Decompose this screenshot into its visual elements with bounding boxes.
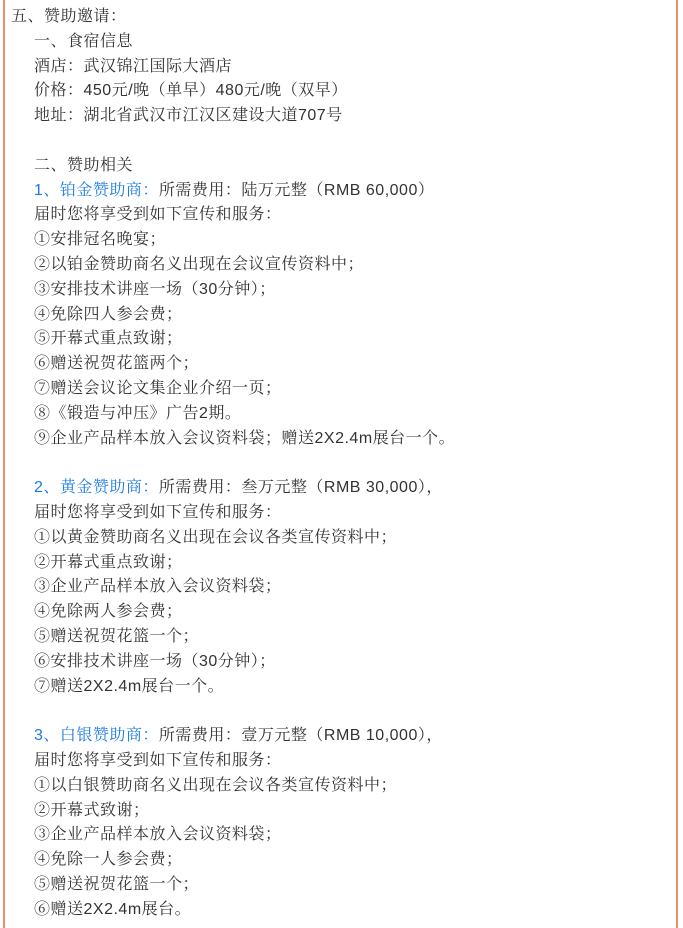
benefit-item: ⑥赠送祝贺花篮两个； (34, 352, 676, 377)
benefit-item: ②以铂金赞助商名义出现在会议宣传资料中； (34, 253, 676, 278)
benefit-item: ⑧《锻造与冲压》广告2期。 (34, 402, 676, 427)
benefit-item: ④免除一人参会费； (34, 848, 676, 873)
blank-line (34, 129, 676, 154)
benefit-item: ①安排冠名晚宴； (34, 228, 676, 253)
benefit-item: ③安排技术讲座一场（30分钟）； (34, 278, 676, 303)
sponsor-platinum-intro: 届时您将享受到如下宣传和服务： (34, 203, 676, 228)
benefit-item: ④免除四人参会费； (34, 303, 676, 328)
benefit-item: ⑤赠送祝贺花篮一个； (34, 625, 676, 650)
doc-body: 一、食宿信息 酒店：武汉锦江国际大酒店 价格：450元/晚（单早）480元/晚（… (34, 30, 676, 923)
benefit-item: ③企业产品样本放入会议资料袋； (34, 575, 676, 600)
benefit-item: ⑤开幕式重点致谢； (34, 327, 676, 352)
benefit-item: ⑤赠送祝贺花篮一个； (34, 873, 676, 898)
sponsor-gold-fee: 所需费用：叁万元整（RMB 30,000）， (159, 479, 443, 496)
benefit-item: ④免除两人参会费； (34, 600, 676, 625)
sponsor-platinum-heading: 1、铂金赞助商：所需费用：陆万元整（RMB 60,000） (34, 179, 676, 204)
sponsor-gold-intro: 届时您将享受到如下宣传和服务： (34, 501, 676, 526)
benefit-item: ⑥赠送2X2.4m展台。 (34, 898, 676, 923)
sponsor-platinum-fee: 所需费用：陆万元整（RMB 60,000） (159, 182, 434, 199)
sponsorship-heading: 二、赞助相关 (34, 154, 676, 179)
price-line: 价格：450元/晚（单早）480元/晚（双早） (34, 79, 676, 104)
address-line: 地址：湖北省武汉市江汉区建设大道707号 (34, 104, 676, 129)
sponsor-silver-intro: 届时您将享受到如下宣传和服务： (34, 749, 676, 774)
doc-title: 五、赞助邀请： (11, 5, 676, 30)
benefit-item: ⑥安排技术讲座一场（30分钟）； (34, 650, 676, 675)
sponsor-gold-name: 2、黄金赞助商： (34, 479, 159, 496)
sponsor-silver-heading: 3、白银赞助商：所需费用：壹万元整（RMB 10,000）， (34, 724, 676, 749)
benefit-item: ③企业产品样本放入会议资料袋； (34, 823, 676, 848)
sponsor-silver-name: 3、白银赞助商： (34, 727, 159, 744)
sponsor-platinum-name: 1、铂金赞助商： (34, 182, 159, 199)
benefit-item: ①以黄金赞助商名义出现在会议各类宣传资料中； (34, 526, 676, 551)
blank-line (34, 451, 676, 476)
hotel-line: 酒店：武汉锦江国际大酒店 (34, 55, 676, 80)
document-panel: 五、赞助邀请： 一、食宿信息 酒店：武汉锦江国际大酒店 价格：450元/晚（单早… (3, 0, 678, 928)
blank-line (34, 699, 676, 724)
benefit-item: ⑦赠送会议论文集企业介绍一页； (34, 377, 676, 402)
sponsor-silver-fee: 所需费用：壹万元整（RMB 10,000）， (159, 727, 443, 744)
sponsor-gold-heading: 2、黄金赞助商：所需费用：叁万元整（RMB 30,000）， (34, 476, 676, 501)
benefit-item: ①以白银赞助商名义出现在会议各类宣传资料中； (34, 774, 676, 799)
benefit-item: ⑨企业产品样本放入会议资料袋；赠送2X2.4m展台一个。 (34, 427, 676, 452)
benefit-item: ②开幕式致谢； (34, 799, 676, 824)
benefit-item: ②开幕式重点致谢； (34, 551, 676, 576)
benefit-item: ⑦赠送2X2.4m展台一个。 (34, 675, 676, 700)
accommodation-heading: 一、食宿信息 (34, 30, 676, 55)
